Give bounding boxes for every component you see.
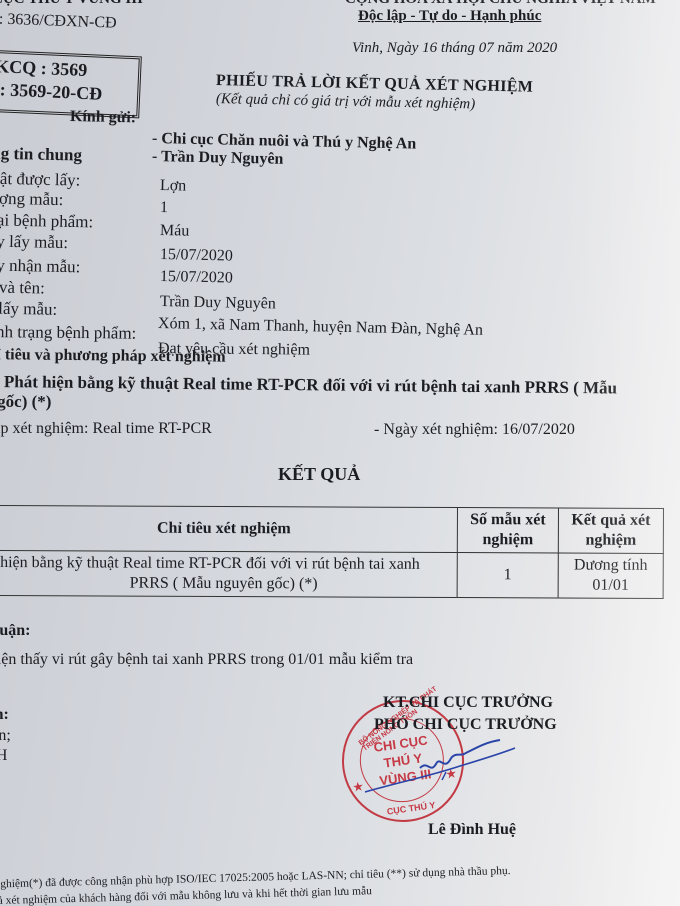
info-label-collect-date: Ngày lấy mẫu: [0,231,68,253]
results-header-row: Chỉ tiêu xét nghiệm Số mẫu xét nghiệm Kế… [0,506,663,554]
handwritten-signature [360,730,520,800]
info-value-location: Xóm 1, xã Nam Thanh, huyện Nam Đàn, Nghệ… [158,315,483,340]
info-label-specimen: Loại bệnh phẩm: [0,210,93,232]
info-label-location: Nơi lấy mẫu: [0,298,57,320]
document-number: Số: 3636/CĐXN-CĐ [0,10,117,33]
condition-label: Tình trạng bệnh phẩm: [0,322,136,344]
motto: Độc lập - Tự do - Hạnh phúc [358,8,541,25]
method-text: - Phương pháp xét nghiệm: Real time RT-P… [0,420,212,438]
info-label-receive-date: Ngày nhận mẫu: [0,255,81,277]
conclusion-text: - Phát hiện thấy vi rút gây bệnh tai xan… [0,651,413,669]
recipients-footer-line2: - Lưu: VT,TH [0,747,7,765]
cell-indicator: Phát hiện bằng kỹ thuật Real time RT-PCR… [0,551,457,598]
info-value-collect-date: 15/07/2020 [160,246,233,266]
recipients-footer-line1: - Như trên; [0,727,11,745]
page-lighting [560,0,680,906]
method-heading: Chỉ tiêu và phương pháp xét nghiệm [0,346,226,367]
col-indicator-header: Chỉ tiêu xét nghiệm [0,506,457,553]
recipient-2: - Trần Duy Nguyên [152,148,284,169]
results-heading: KẾT QUẢ [278,464,360,485]
col-result-header: Kết quả xét nghiệm [558,508,663,553]
place-date: Vinh, Ngày 16 tháng 07 năm 2020 [352,40,557,57]
info-label-name: Họ và tên: [0,277,45,298]
recipients-footer-heading: Nơi nhận: [0,706,9,724]
info-value-specimen: Máu [160,222,190,241]
info-value-sample-count: 1 [160,199,168,217]
country-name: CỘNG HÒA XÃ HỘI CHỦ NGHĨA VIỆT NAM [345,0,656,8]
cell-result: Dương tính 01/01 [558,553,663,598]
indicator-line2: PRRS ( Mẫu nguyên gốc) (*) [0,573,451,595]
result-line2: 01/01 [565,576,657,596]
col-samples-header: Số mẫu xét nghiệm [457,508,558,553]
conclusion-heading: Kết luận: [0,622,30,640]
info-label-animal: Loài vật được lấy: [0,168,81,191]
signature-title-1: KT.CHI CỤC TRƯỞNG [383,694,553,712]
org-name: CHI CỤC THÚ Y VÙNG III [0,0,143,8]
indicator-line1: Phát hiện bằng kỹ thuật Real time RT-PCR… [0,553,451,575]
recipients-label: Kính gửi: [70,108,136,127]
info-value-receive-date: 15/07/2020 [160,268,233,288]
cell-samples: 1 [457,553,558,598]
results-table: Chỉ tiêu xét nghiệm Số mẫu xét nghiệm Kế… [0,505,664,599]
method-indicator-line2: nguyên gốc) (*) [0,392,51,412]
info-value-animal: Lợn [160,177,187,196]
signer-name: Lê Đình Huệ [428,821,516,839]
info-value-name: Trần Duy Nguyên [160,293,276,313]
method-indicator-line1: - Phát hiện bằng kỹ thuật Real time RT-P… [0,372,617,399]
code-line-1: ĐKCQ : 3569 [0,56,88,82]
code-line-2: BP : 3569-20-CĐ [0,78,103,105]
test-date: - Ngày xét nghiệm: 16/07/2020 [374,421,575,439]
table-row: Phát hiện bằng kỹ thuật Real time RT-PCR… [0,551,663,599]
info-label-sample-count: Số lượng mẫu: [0,188,64,210]
result-line1: Dương tính [565,556,657,576]
general-info-heading: Thông tin chung [0,143,82,166]
stamp-ring-bottom: CỤC THÚ Y [386,800,436,817]
